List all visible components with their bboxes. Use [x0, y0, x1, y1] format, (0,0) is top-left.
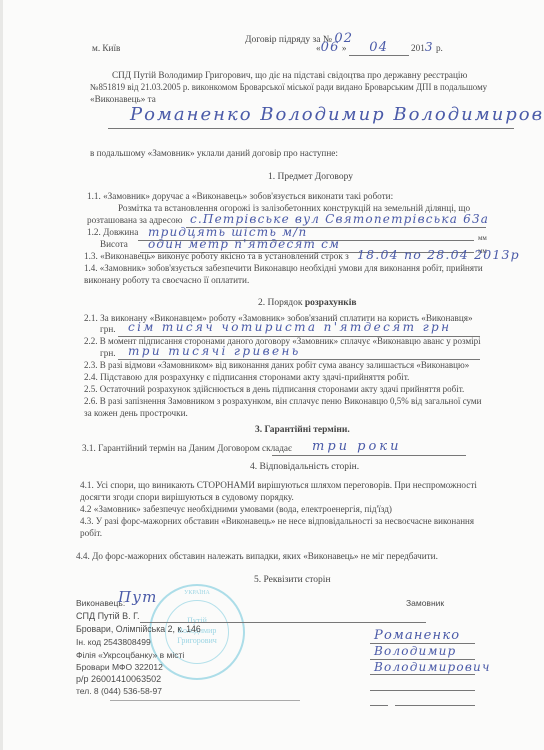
date-day: 06 — [321, 40, 340, 55]
section5-title: 5. Реквізити сторін — [254, 575, 331, 585]
clause-4-3: 4.3. У разі форс-мажорних обставин «Вико… — [80, 516, 474, 526]
clause-4-1: 4.1. Усі спори, що виникають СТОРОНАМИ в… — [80, 480, 477, 490]
customer-line-5a — [370, 705, 388, 706]
currency-label-1: грн. — [100, 324, 116, 334]
customer-line-5b — [395, 705, 475, 706]
customer-label: Замовник — [406, 598, 444, 608]
length-unit: мм — [478, 234, 487, 242]
preamble-line4: в подальшому «Замовник» уклали даний дог… — [90, 148, 338, 158]
contractor-tax-code: Ін. код 2543808499 — [76, 637, 151, 647]
clause-2-4: 2.4. Підставою для розрахунку є підписан… — [84, 372, 409, 382]
warranty-handwritten: три роки — [312, 439, 401, 454]
length-label: 1.2. Довжина — [87, 227, 138, 237]
contractor-address: Бровари, Олімпійська 2, к. 146 — [76, 624, 201, 634]
date-year-hw: 3 — [425, 40, 434, 54]
stamp-ring-text: УКРАЇНА — [151, 590, 243, 596]
contract-date: «06 » 04 2013 р. — [316, 40, 443, 56]
customer-name-handwritten: Романенко Володимир Володимирович — [130, 104, 544, 125]
height-label: Висота — [100, 239, 128, 249]
clause-4-4: 4.4. До форс-мажорних обставин належать … — [76, 551, 438, 561]
clause-2-5: 2.5. Остаточний розрахунок здійснюється … — [84, 384, 464, 394]
clause-4-3-b: робіт. — [80, 528, 102, 538]
preamble-line3: «Виконавець» та — [90, 94, 156, 104]
contractor-name-line — [140, 622, 426, 623]
period-handwritten: 18.04 по 28.04 2013р — [357, 247, 520, 262]
clause-2-3: 2.3. В разі відмови «Замовником» від вик… — [84, 360, 469, 370]
height-handwritten: один метр п'ятдесят см — [148, 237, 340, 251]
date-month: 04 — [349, 40, 409, 56]
stamp-line3: Григорович — [151, 636, 243, 645]
contractor-bank-2: Бровари МФО 322012 — [76, 662, 163, 672]
clause-1-4: 1.4. «Замовник» зобов'язується забезпечи… — [84, 263, 483, 273]
clause-2-6-b: за кожен день прострочки. — [84, 408, 188, 418]
clause-4-2: 4.2 «Замовник» забезпечує необхідними ум… — [80, 504, 392, 514]
customer-name-line2: Володимир — [374, 644, 456, 658]
section2-title: 2. Порядок розрахунків — [258, 298, 357, 308]
contractor-account: р/р 26001410063502 — [76, 674, 161, 684]
contractor-name: СПД Путій В. Г. — [76, 611, 139, 621]
address-label: розташована за адресою — [87, 215, 182, 225]
customer-name-line — [108, 128, 514, 129]
customer-name-line1: Романенко — [374, 628, 460, 643]
customer-line-4 — [370, 690, 475, 691]
preamble-line2: №851819 від 21.03.2005 р. виконкомом Бро… — [90, 82, 487, 92]
clause-1-1: 1.1. «Замовник» доручає а «Виконавець» з… — [87, 191, 393, 201]
section3-title: 3. Гарантійні терміни. — [255, 425, 350, 435]
contractor-bank-1: Філія «Укрсоцбанку» в місті — [76, 650, 184, 660]
currency-label-2: грн. — [100, 348, 116, 358]
section2-title-a: 2. Порядок — [258, 298, 305, 308]
section2-title-b: розрахунків — [305, 298, 357, 308]
scan-edge — [0, 0, 3, 750]
date-suffix: р. — [436, 43, 443, 53]
clause-4-1-b: досягти згоди спори вирішуються в судово… — [80, 492, 294, 502]
section1-title: 1. Предмет Договору — [268, 172, 353, 182]
contractor-signature: Пут — [118, 588, 158, 606]
contractor-bottom-line — [110, 700, 300, 701]
address-handwritten: с.Петрівське вул Святопетрівська 63а — [190, 212, 489, 226]
preamble-line1: СПД Путій Володимир Григорович, що діє н… — [112, 70, 467, 80]
customer-line-3 — [370, 674, 475, 675]
city: м. Київ — [92, 43, 120, 53]
clause-1-4-b: виконану роботу та своєчасно її оплатити… — [84, 275, 249, 285]
date-year: 201 — [411, 43, 425, 53]
contractor-phone: тел. 8 (044) 536-58-97 — [76, 686, 162, 696]
clause-2-6: 2.6. В разі запізнення Замовником з розр… — [84, 396, 481, 406]
clause-3-1: 3.1. Гарантійний термін на Даним Договор… — [82, 443, 292, 453]
warranty-line — [272, 455, 466, 456]
amount-handwritten: сім тисяч чотириста п'ятдесят грн — [128, 320, 451, 334]
clause-1-3: 1.3. «Виконавець» виконує роботу якісно … — [84, 251, 349, 261]
customer-name-line3: Володимирович — [374, 660, 491, 674]
advance-handwritten: три тисячі гривень — [128, 344, 301, 358]
section4-title: 4. Відповідальність сторін. — [250, 462, 359, 472]
